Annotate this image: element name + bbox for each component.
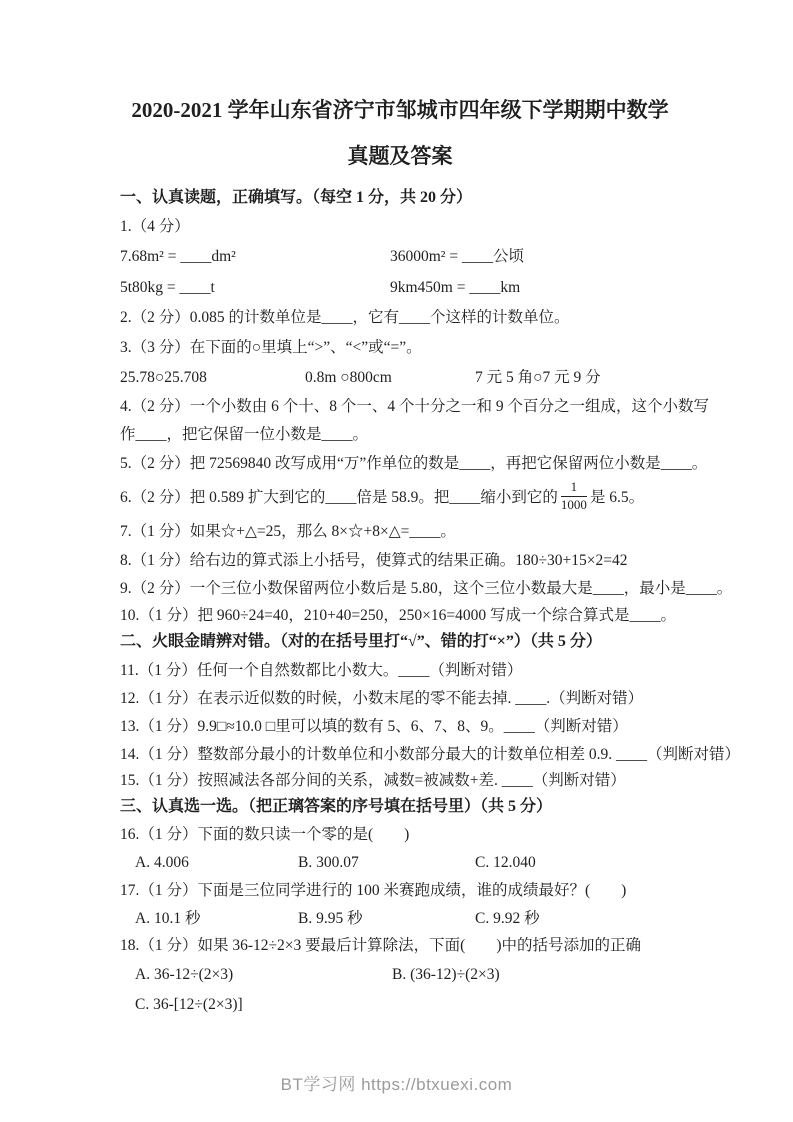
q6-text-pre: 6.（2 分）把 0.589 扩大到它的____倍是 58.9。把____缩小到…: [120, 489, 558, 506]
question-14: 14.（1 分）整数部分最小的计数单位和小数部分最大的计数单位相差 0.9. _…: [120, 741, 680, 769]
section-1-heading: 一、认真读题，正确填写。（每空 1 分，共 20 分）: [120, 183, 680, 212]
question-10: 10.（1 分）把 960÷24=40，210+40=250，250×16=40…: [120, 603, 680, 628]
question-11: 11.（1 分）任何一个自然数都比小数大。____（判断对错）: [120, 656, 680, 685]
q1-row2-right: 9km450m = ____km: [390, 272, 520, 303]
question-17: 17.（1 分）下面是三位同学进行的 100 米赛跑成绩，谁的成绩最好？( ): [120, 877, 680, 905]
exam-content: 2020-2021 学年山东省济宁市邹城市四年级下学期期中数学 真题及答案 一、…: [120, 0, 680, 1020]
watermark-footer: BT学习网 https://btxuexi.com: [0, 1070, 793, 1095]
q16-option-c: C. 12.040: [475, 849, 536, 877]
question-5: 5.（2 分）把 72569840 改写成用“万”作单位的数是____，再把它保…: [120, 449, 680, 478]
question-6: 6.（2 分）把 0.589 扩大到它的____倍是 58.9。把____缩小到…: [120, 478, 680, 517]
doc-title-line1: 2020-2021 学年山东省济宁市邹城市四年级下学期期中数学: [120, 92, 680, 128]
q16-option-a: A. 4.006: [135, 854, 189, 871]
q3-value-2: 0.8m ○800cm: [305, 363, 392, 392]
q18-options-row-c: C. 36-[12÷(2×3)]: [120, 990, 680, 1020]
section-3-heading: 三、认真选一选。（把正璃答案的序号填在括号里）（共 5 分）: [120, 793, 680, 821]
question-13: 13.（1 分）9.9□≈10.0 □里可以填的数有 5、6、7、8、9。___…: [120, 713, 680, 741]
q1-row1-left: 7.68m² = ____dm²: [120, 248, 236, 265]
q18-option-c: C. 36-[12÷(2×3)]: [135, 996, 243, 1013]
q3-values-row: 25.78○25.708 0.8m ○800cm 7 元 5 角○7 元 9 分: [120, 363, 680, 392]
question-18: 18.（1 分）如果 36-12÷2×3 要最后计算除法，下面( )中的括号添加…: [120, 932, 680, 959]
q1-row1-right: 36000m² = ____公顷: [390, 241, 524, 272]
q3-value-3: 7 元 5 角○7 元 9 分: [475, 363, 601, 392]
fraction-numerator: 1: [561, 480, 587, 497]
q6-text-post: 是 6.5。: [590, 489, 644, 506]
question-9: 9.（2 分）一个三位小数保留两位小数后是 5.80，这个三位小数最大是____…: [120, 575, 680, 603]
q17-option-b: B. 9.95 秒: [298, 905, 363, 932]
section-2-heading: 二、火眼金睛辨对错。（对的在括号里打“√”、错的打“×”）（共 5 分）: [120, 628, 680, 656]
q17-option-c: C. 9.92 秒: [475, 905, 540, 932]
q18-option-a: A. 36-12÷(2×3): [135, 966, 233, 983]
q1-label: 1.（4 分）: [120, 212, 680, 241]
q6-fraction: 11000: [561, 480, 587, 513]
question-7: 7.（1 分）如果☆+△=25，那么 8×☆+8×△=____。: [120, 517, 680, 546]
doc-title-line2: 真题及答案: [120, 138, 680, 174]
q1-row2-left: 5t80kg = ____t: [120, 279, 215, 296]
question-8: 8.（1 分）给右边的算式添上小括号，使算式的结果正确。180÷30+15×2=…: [120, 546, 680, 575]
q17-options-row: A. 10.1 秒 B. 9.95 秒 C. 9.92 秒: [120, 905, 680, 932]
question-3: 3.（3 分）在下面的○里填上“>”、“<”或“=”。: [120, 333, 680, 363]
q16-options-row: A. 4.006 B. 300.07 C. 12.040: [120, 849, 680, 877]
q1-row2: 5t80kg = ____t 9km450m = ____km: [120, 272, 680, 303]
fraction-denominator: 1000: [561, 497, 587, 513]
question-4-line2: 作____，把它保留一位小数是____。: [120, 421, 680, 449]
question-15: 15.（1 分）按照减法各部分间的关系，减数=被减数+差. ____（判断对错）: [120, 769, 680, 793]
question-12: 12.（1 分）在表示近似数的时候，小数末尾的零不能去掉. ____.（判断对错…: [120, 685, 680, 713]
exam-page: 2020-2021 学年山东省济宁市邹城市四年级下学期期中数学 真题及答案 一、…: [0, 0, 793, 1122]
q18-option-b: B. (36-12)÷(2×3): [392, 959, 500, 990]
q17-option-a: A. 10.1 秒: [135, 910, 200, 927]
question-4-line1: 4.（2 分）一个小数由 6 个十、8 个一、4 个十分之一和 9 个百分之一组…: [120, 392, 680, 421]
question-2: 2.（2 分）0.085 的计数单位是____，它有____个这样的计数单位。: [120, 303, 680, 333]
q16-option-b: B. 300.07: [298, 849, 359, 877]
q18-options-row-ab: A. 36-12÷(2×3) B. (36-12)÷(2×3): [120, 959, 680, 990]
question-16: 16.（1 分）下面的数只读一个零的是( ): [120, 821, 680, 849]
q3-value-1: 25.78○25.708: [120, 369, 207, 386]
q1-row1: 7.68m² = ____dm² 36000m² = ____公顷: [120, 241, 680, 272]
